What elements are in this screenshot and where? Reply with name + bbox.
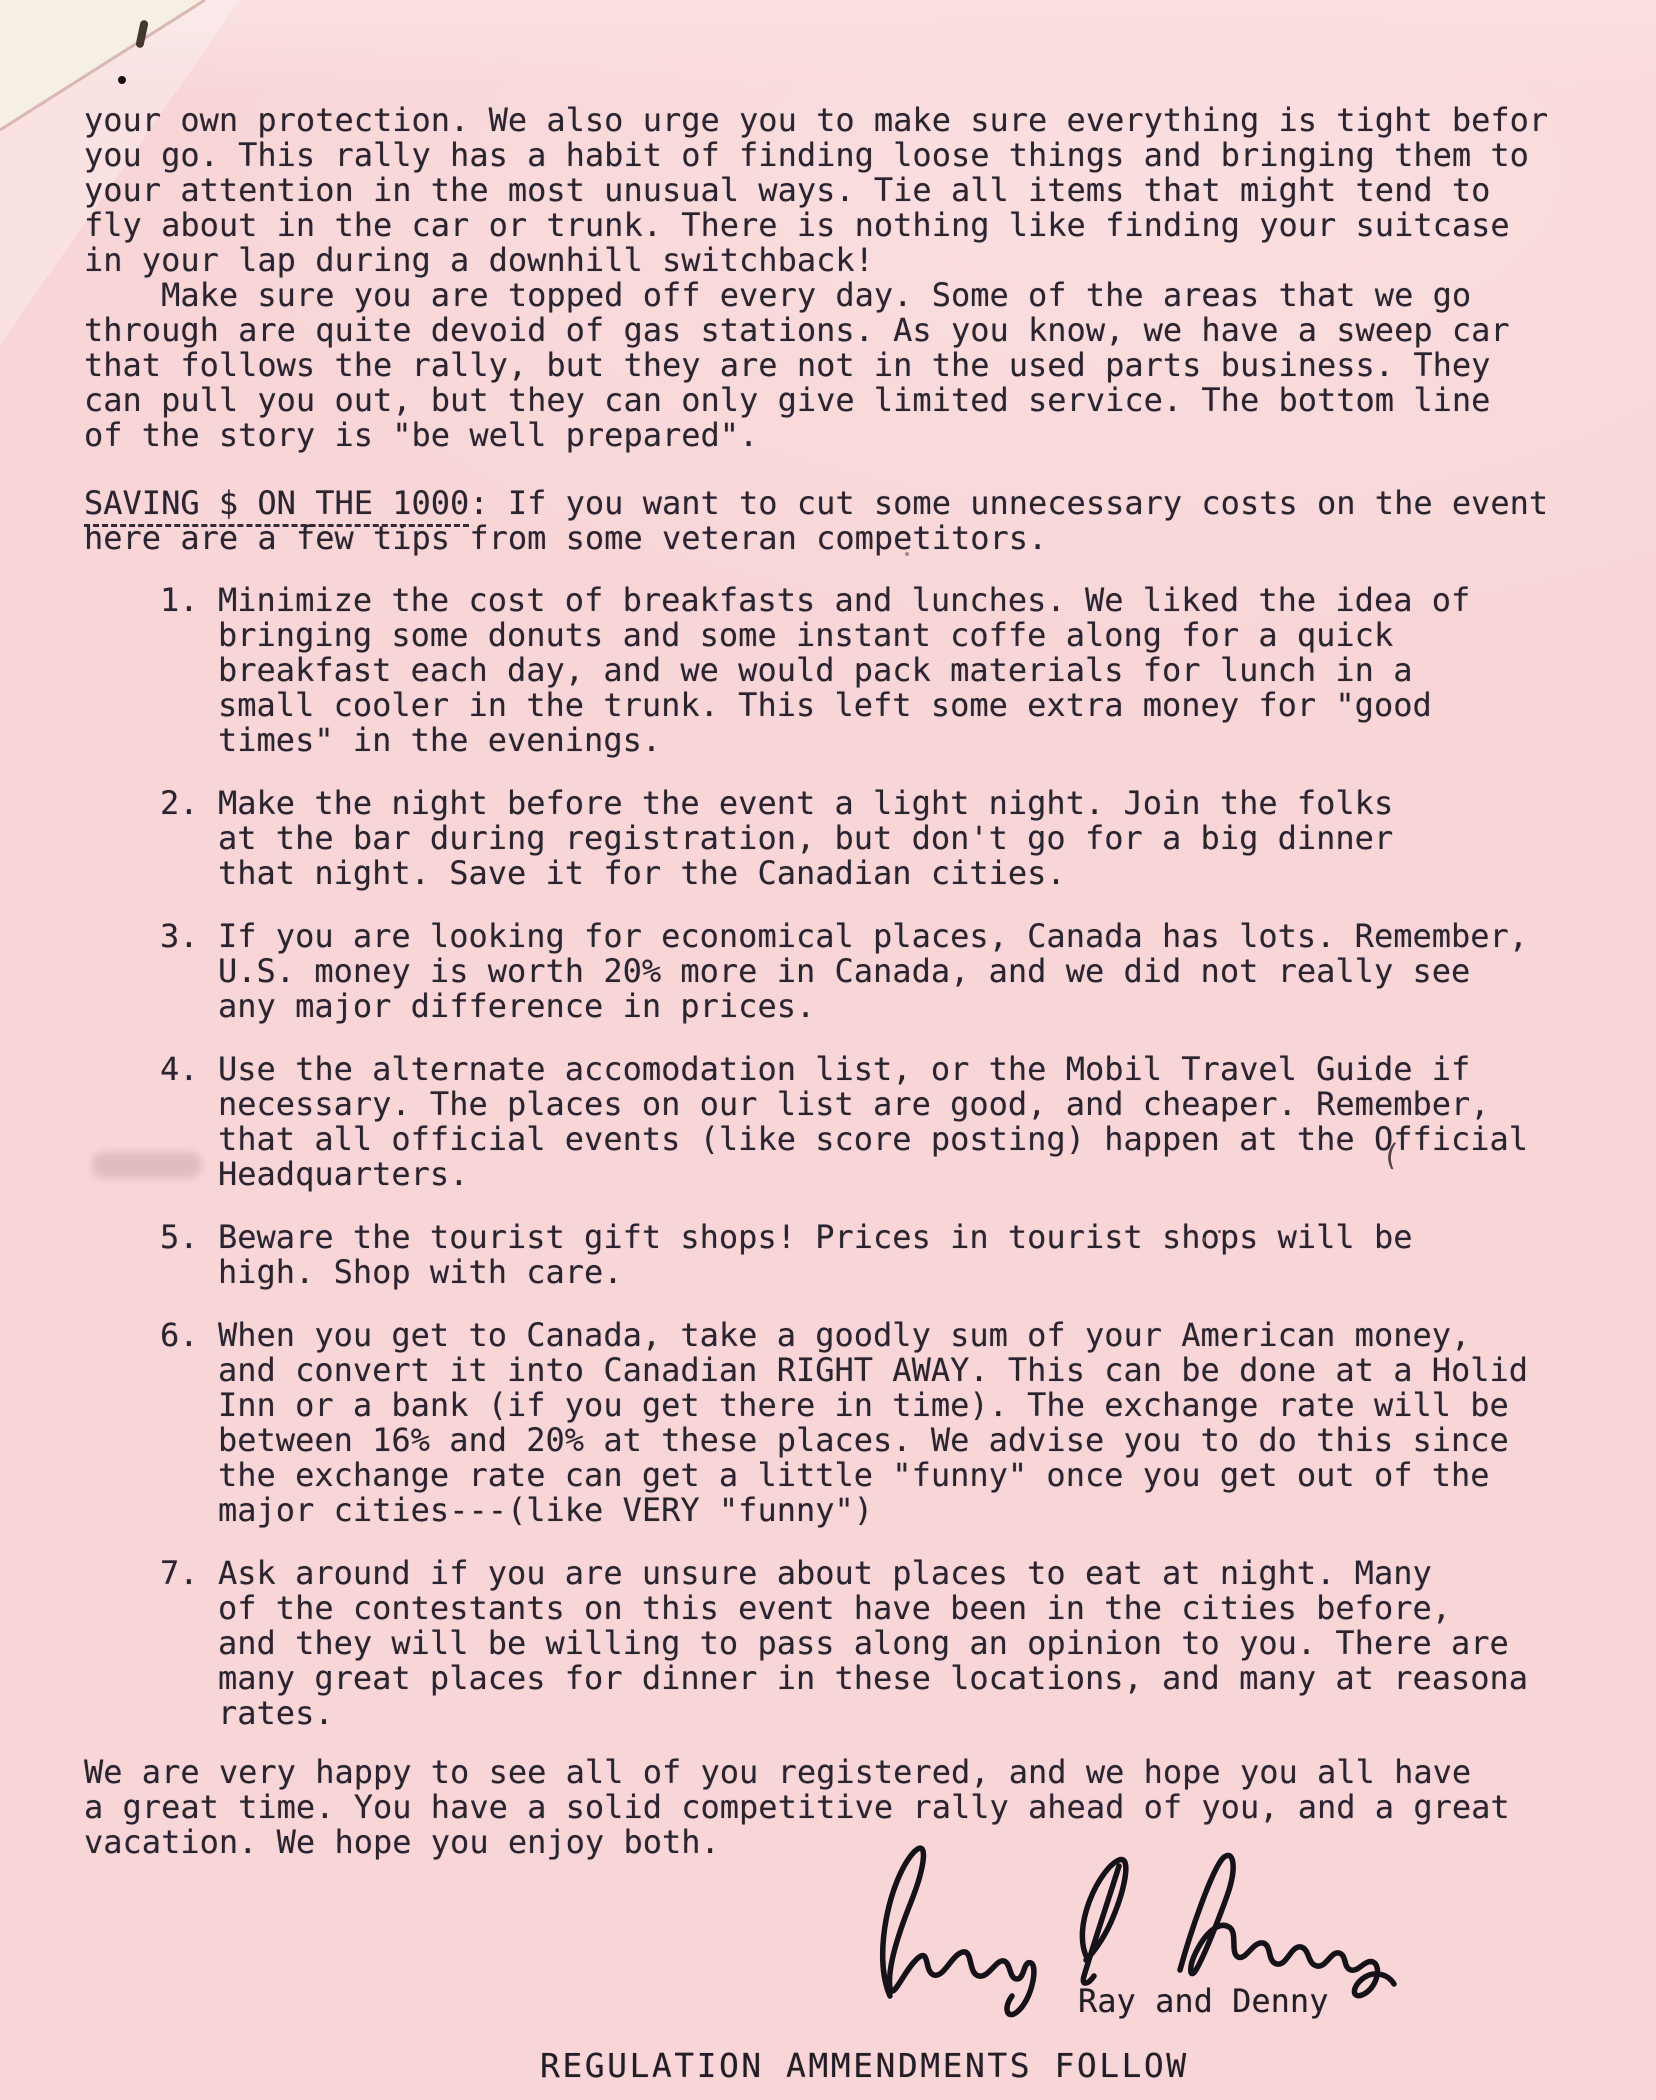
signature-ampersand-stroke: [1082, 1860, 1126, 1984]
tip-number: 7.: [160, 1556, 218, 1731]
pencil-smudge: [92, 1152, 202, 1178]
signature-ray-stroke: [883, 1848, 1034, 2014]
tip-text: If you are looking for economical places…: [218, 919, 1528, 1024]
tip-item: 5. Beware the tourist gift shops! Prices…: [160, 1220, 1580, 1290]
paper-speck: [1218, 1230, 1221, 1233]
tip-item: 1. Minimize the cost of breakfasts and l…: [160, 583, 1580, 758]
footer-note: REGULATION AMMENDMENTS FOLLOW: [540, 2048, 1189, 2083]
tip-number: 1.: [160, 583, 218, 758]
tip-text: Use the alternate accomodation list, or …: [218, 1052, 1528, 1192]
signature-denny-stroke: [1180, 1855, 1394, 1995]
ink-dot: [118, 76, 126, 84]
intro-paragraphs: your own protection. We also urge you to…: [84, 103, 1548, 453]
tip-item: 4. Use the alternate accomodation list, …: [160, 1052, 1580, 1192]
saving-section-heading: SAVING $ ON THE 1000: If you want to cut…: [84, 486, 1548, 556]
tips-list: 1. Minimize the cost of breakfasts and l…: [160, 583, 1580, 1759]
tip-number: 3.: [160, 919, 218, 1024]
typed-signature: Ray and Denny: [1078, 1984, 1328, 2019]
paper-speck: [905, 552, 909, 556]
tip-item: 2. Make the night before the event a lig…: [160, 786, 1580, 891]
stray-paren-mark: (: [1380, 1137, 1402, 1174]
tip-text: When you get to Canada, take a goodly su…: [218, 1318, 1528, 1528]
tip-text: Make the night before the event a light …: [218, 786, 1393, 891]
tip-text: Minimize the cost of breakfasts and lunc…: [218, 583, 1470, 758]
tip-number: 5.: [160, 1220, 218, 1290]
tip-item: 7. Ask around if you are unsure about pl…: [160, 1556, 1580, 1731]
tip-text: Beware the tourist gift shops! Prices in…: [218, 1220, 1412, 1290]
tip-text: Ask around if you are unsure about place…: [218, 1556, 1528, 1731]
tip-number: 2.: [160, 786, 218, 891]
typewritten-letter-page: your own protection. We also urge you to…: [0, 0, 1656, 2100]
paper-speck: [1202, 1238, 1206, 1242]
tip-item: 6. When you get to Canada, take a goodly…: [160, 1318, 1580, 1528]
tip-number: 6.: [160, 1318, 218, 1528]
tip-item: 3. If you are looking for economical pla…: [160, 919, 1580, 1024]
saving-line2: here are a few tips from some veteran co…: [84, 519, 1047, 557]
saving-title-rest: : If you want to cut some unnecessary co…: [469, 484, 1548, 522]
